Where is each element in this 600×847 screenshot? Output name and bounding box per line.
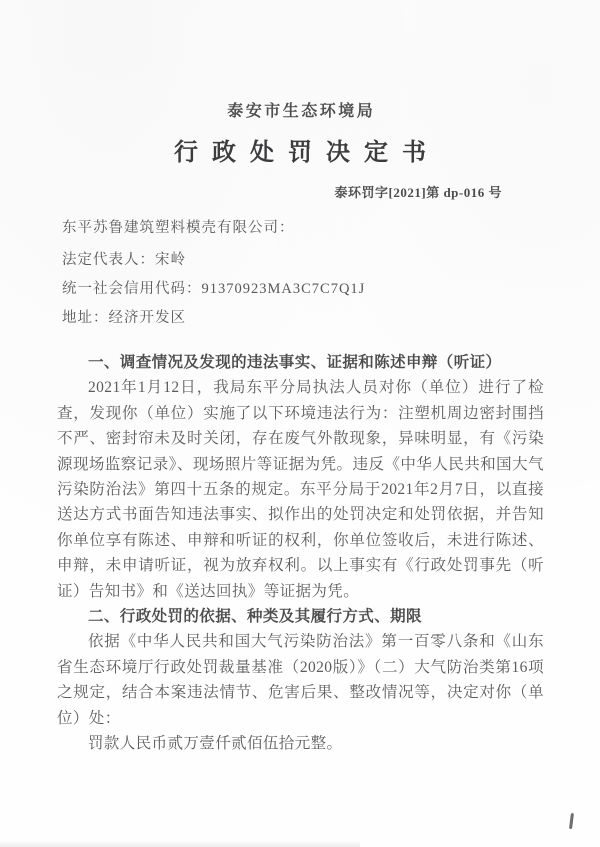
legal-representative-line: 法定代表人：宋岭	[62, 246, 545, 275]
issuing-authority-name: 泰安市生态环境局	[0, 0, 600, 121]
document-title: 行政处罚决定书	[0, 132, 600, 167]
address-line: 地址：经济开发区	[62, 304, 545, 333]
document-body: 一、调查情况及发现的违法事实、证据和陈述申辩（听证） 2021年1月12日，我局…	[57, 350, 544, 757]
document-reference-number: 泰环罚字[2021]第 dp-016 号	[0, 182, 600, 201]
pen-stroke-mark	[569, 813, 573, 829]
recipient-company-name: 东平苏鲁建筑塑料模壳有限公司：	[62, 214, 545, 243]
section-1-heading: 一、调查情况及发现的违法事实、证据和陈述申辩（听证）	[57, 350, 544, 375]
section-2-paragraph: 依据《中华人民共和国大气污染防治法》第一百零八条和《山东省生态环境厅行政处罚裁量…	[57, 629, 544, 731]
credit-code-line: 统一社会信用代码：91370923MA3C7C7Q1J	[62, 275, 545, 304]
penalty-amount-line: 罚款人民币贰万壹仟贰佰伍拾元整。	[57, 731, 544, 756]
section-1-paragraph: 2021年1月12日，我局东平分局执法人员对你（单位）进行了检查，发现你（单位）…	[57, 375, 544, 604]
scanned-document-page: 泰安市生态环境局 行政处罚决定书 泰环罚字[2021]第 dp-016 号 东平…	[0, 0, 600, 847]
section-2-heading: 二、行政处罚的依据、种类及其履行方式、期限	[57, 604, 544, 629]
recipient-info-block: 东平苏鲁建筑塑料模壳有限公司： 法定代表人：宋岭 统一社会信用代码：913709…	[62, 214, 545, 333]
